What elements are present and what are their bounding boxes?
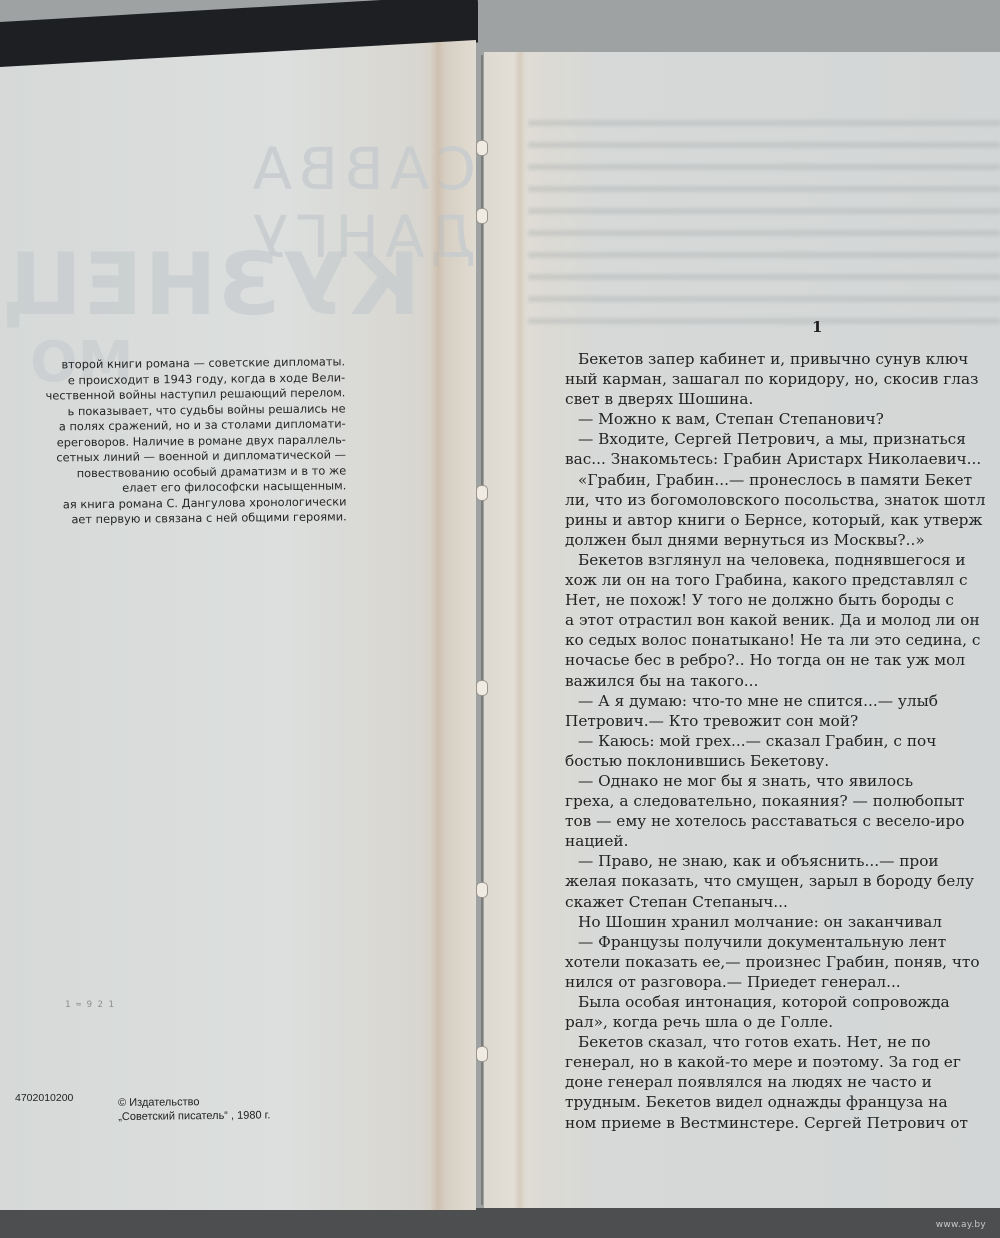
text-line: скажет Степан Степаныч...: [565, 892, 1000, 912]
watermark: www.ay.by: [936, 1220, 986, 1230]
text-line: трудным. Бекетов видел однажды француза …: [565, 1092, 1000, 1112]
text-line: свет в дверях Шошина.: [565, 389, 1000, 409]
text-line: важился бы на такого...: [565, 671, 1000, 691]
text-line: нацией.: [565, 831, 1000, 851]
text-line: нился от разговора.— Приедет генерал...: [565, 972, 1000, 992]
text-line: «Грабин, Грабин...— пронеслось в памяти …: [565, 470, 1000, 490]
text-line: Бекетов запер кабинет и, привычно сунув …: [565, 349, 1000, 369]
bleed-through-title: КУЗНЕЦ: [0, 235, 420, 335]
text-line: — Право, не знаю, как и объяснить...— пр…: [565, 851, 1000, 871]
text-line: Была особая интонация, которой сопровожд…: [565, 992, 1000, 1012]
text-line: Бекетов сказал, что готов ехать. Нет, не…: [565, 1032, 1000, 1052]
text-line: ный карман, зашагал по коридору, но, ско…: [565, 369, 1000, 389]
text-line: Нет, не похож! У того не должно быть бор…: [565, 590, 1000, 610]
left-page: САВВА ДАНГУ КУЗНЕЦ МО: [0, 40, 476, 1210]
chapter-number: 1: [812, 318, 822, 336]
catalog-number: 4702010200: [15, 1092, 73, 1104]
text-line: Бекетов взглянул на человека, поднявшего…: [565, 550, 1000, 570]
text-line: греха, а следовательно, покаяния? — полю…: [565, 791, 1000, 811]
bleed-through-text: [528, 110, 1000, 330]
binding-stitch: [476, 680, 488, 696]
text-line: — Входите, Сергей Петрович, а мы, призна…: [565, 429, 1000, 449]
text-line: должен был днями вернуться из Москвы?..»: [565, 530, 1000, 550]
book-gutter: [481, 55, 483, 1205]
copyright-notice: © Издательство „Советский писатель“ , 19…: [118, 1094, 270, 1124]
text-line: ночасье бес в ребро?.. Но тогда он не та…: [565, 650, 1000, 670]
text-line: хож ли он на того Грабина, какого предст…: [565, 570, 1000, 590]
book-annotation: второй книги романа — советские дипломат…: [0, 354, 347, 528]
text-line: генерал, но в какой-то мере и поэтому. З…: [565, 1052, 1000, 1072]
text-line: доне генерал появлялся на людях не часто…: [565, 1072, 1000, 1092]
text-line: — Французы получили документальную лент: [565, 932, 1000, 952]
text-line: ко седых волос понатыкано! Не та ли это …: [565, 630, 1000, 650]
copyright-name-year: „Советский писатель“ , 1980 г.: [118, 1108, 270, 1124]
text-line: ном приеме в Вестминстере. Сергей Петров…: [565, 1113, 1000, 1133]
text-line: хотели показать ее,— произнес Грабин, по…: [565, 952, 1000, 972]
text-line: ли, что из богомоловского посольства, зн…: [565, 490, 1000, 510]
text-line: рал», когда речь шла о де Голле.: [565, 1012, 1000, 1032]
text-line: — Каюсь: мой грех...— сказал Грабин, с п…: [565, 731, 1000, 751]
text-line: Но Шошин хранил молчание: он заканчивал: [565, 912, 1000, 932]
text-line: тов — ему не хотелось расставаться с вес…: [565, 811, 1000, 831]
text-line: бостью поклонившись Бекетову.: [565, 751, 1000, 771]
binding-stitch: [476, 1046, 488, 1062]
binding-stitch: [476, 208, 488, 224]
text-line: рины и автор книги о Бернсе, который, ка…: [565, 510, 1000, 530]
text-line: Петрович.— Кто тревожит сон мой?: [565, 711, 1000, 731]
text-line: — А я думаю: что-то мне не спится...— ул…: [565, 691, 1000, 711]
text-line: — Можно к вам, Степан Степанович?: [565, 409, 1000, 429]
text-line: вас... Знакомьтесь: Грабин Аристарх Нико…: [565, 449, 1000, 469]
chapter-body: Бекетов запер кабинет и, привычно сунув …: [565, 349, 1000, 1133]
text-line: — Однако не мог бы я знать, что явилось: [565, 771, 1000, 791]
table-surface: [0, 1208, 1000, 1238]
binding-stitch: [476, 485, 488, 501]
text-line: а этот отрастил вон какой веник. Да и мо…: [565, 610, 1000, 630]
binding-stitch: [476, 882, 488, 898]
text-line: желая показать, что смущен, зарыл в боро…: [565, 871, 1000, 891]
faded-stamp: 1 ≈ 9 2 1: [65, 1000, 114, 1010]
binding-stitch: [476, 140, 488, 156]
